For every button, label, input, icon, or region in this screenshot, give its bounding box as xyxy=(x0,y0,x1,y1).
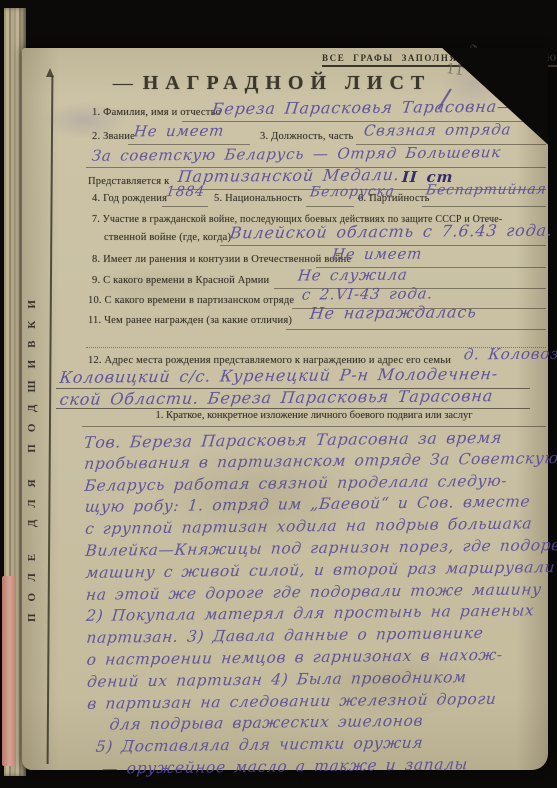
field-party-label: 6. Партийность xyxy=(358,193,430,204)
document-page: ВСЕ ГРАФЫ ЗАПОЛНЯТЬ ПОЛНОСТЬЮ 1/609 11 /… xyxy=(22,48,548,770)
field-nationality-label: 5. Национальность xyxy=(214,193,302,204)
field-position-value-2: За советскую Беларусь — Отряд Большевик xyxy=(91,143,502,165)
field-partisan-since-label: 10. С какого времени в партизанском отря… xyxy=(88,295,294,306)
field-birth-year-label: 4. Год рождения xyxy=(92,193,167,204)
narrative-line: — оружейное масло а также и запалы xyxy=(101,753,557,780)
field-prior-awards-value: Не награждалась xyxy=(309,302,478,322)
field-birth-year-value: 1884 xyxy=(165,184,206,200)
field-name-label: 1. Фамилия, имя и отчество xyxy=(92,107,221,118)
field-party-value: Беспартийная xyxy=(425,181,547,198)
field-prior-awards-label: 11. Чем ранее награжден (за какие отличи… xyxy=(88,315,292,326)
feat-section-heading: 1. Краткое, конкретное изложение личного… xyxy=(82,410,546,421)
field-red-army-label: 9. С какого времени в Красной Армии xyxy=(92,275,269,286)
field-position-label: 3. Должность, часть xyxy=(260,131,353,142)
field-war-value: Вилейской область с 7.6.43 года. xyxy=(229,221,554,243)
title-dash: — xyxy=(113,72,133,94)
field-war-label-line2: ственной войне (где, когда) xyxy=(104,232,231,243)
underlying-page-edge xyxy=(2,576,16,766)
field-name-value: Береза Парасковья Тарасовна— xyxy=(211,97,515,119)
field-address-value-3: ской Области. Береза Парасковья Тарасовн… xyxy=(59,386,495,409)
field-position-value: Связная отряда xyxy=(363,120,512,139)
field-award-label: Представляется к xyxy=(88,176,169,187)
field-address-value-1: д. Коловоз xyxy=(463,345,557,364)
field-red-army-value: Не служила xyxy=(297,266,409,285)
page-title: НАГРАДНОЙ ЛИСТ xyxy=(143,72,432,94)
field-award-value: Партизанской Медали. xyxy=(177,165,401,186)
field-address-value-2: Коловицкий с/с. Куренецкий Р-н Молодечне… xyxy=(59,364,500,387)
field-rank-value: Не имеет xyxy=(133,122,225,141)
feat-narrative: Тов. Береза Парасковья Тарасовна за врем… xyxy=(84,426,557,781)
field-wounds-label: 8. Имеет ли ранения и контузии в Отечест… xyxy=(92,254,351,265)
document-title-row: —НАГРАДНОЙ ЛИСТ xyxy=(82,72,462,95)
field-rank-label: 2. Звание xyxy=(92,131,135,142)
field-wounds-value: Не имеет xyxy=(331,245,423,264)
binding-margin-text: ПОЛЕ ДЛЯ ПОДШИВКИ xyxy=(26,148,42,622)
binding-margin-rule xyxy=(47,76,53,764)
field-partisan-since-value: с 2.VI-43 года. xyxy=(301,284,434,303)
